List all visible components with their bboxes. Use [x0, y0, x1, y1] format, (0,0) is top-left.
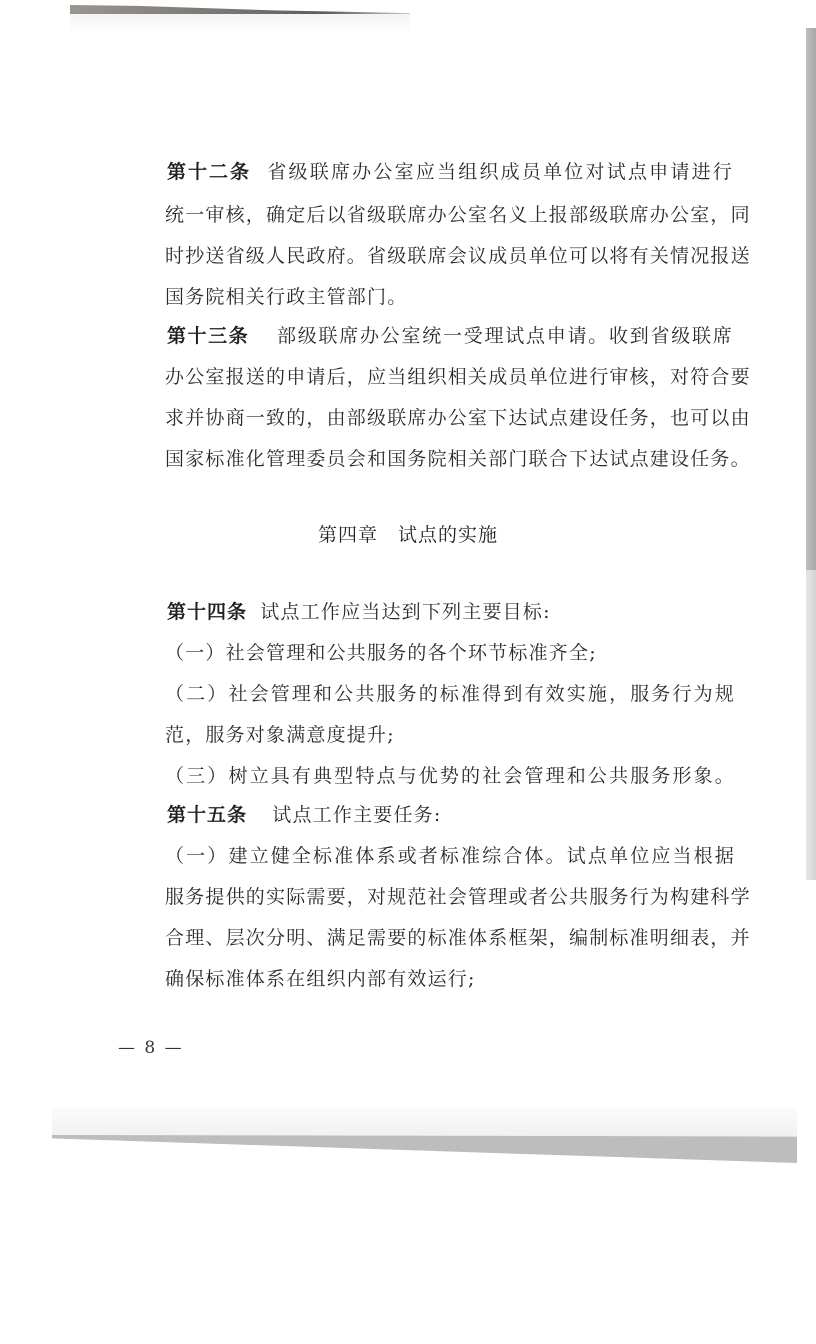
article-15-line-1: 第十五条 试点工作主要任务:	[167, 803, 733, 827]
article-12-line-1: 第十二条 省级联席办公室应当组织成员单位对试点申请进行	[167, 160, 733, 184]
document-page: 第十二条 省级联席办公室应当组织成员单位对试点申请进行 统一审核，确定后以省级联…	[0, 0, 816, 1344]
article-14-item-2: （二）社会管理和公共服务的标准得到有效实施，服务行为规	[165, 682, 735, 706]
article-15-intro: 试点工作主要任务:	[272, 804, 441, 826]
article-15-line-5: 确保标准体系在组织内部有效运行;	[165, 967, 735, 991]
article-14-label: 第十四条	[167, 601, 247, 623]
chapter-4-heading: 第四章 试点的实施	[0, 520, 816, 547]
article-12-text: 省级联席办公室应当组织成员单位对试点申请进行	[267, 161, 733, 183]
article-13-line-2: 办公室报送的申请后，应当组织相关成员单位进行审核，对符合要	[165, 365, 735, 389]
article-15-label: 第十五条	[167, 804, 247, 826]
article-13-line-4: 国家标准化管理委员会和国务院相关部门联合下达试点建设任务。	[165, 447, 735, 471]
article-14-item-1: （一）社会管理和公共服务的各个环节标准齐全;	[165, 641, 735, 665]
article-14-intro: 试点工作应当达到下列主要目标:	[260, 601, 550, 623]
article-15-line-4: 合理、层次分明、满足需要的标准体系框架，编制标准明细表，并	[165, 926, 735, 950]
article-14-line-1: 第十四条 试点工作应当达到下列主要目标:	[167, 600, 733, 624]
article-13-line-1: 第十三条 部级联席办公室统一受理试点申请。收到省级联席	[167, 324, 733, 348]
article-14-item-2-cont: 范，服务对象满意度提升;	[165, 723, 735, 747]
page-number: — 8 —	[118, 1038, 184, 1058]
article-12-line-4: 国务院相关行政主管部门。	[165, 285, 735, 309]
article-15-line-2: （一）建立健全标准体系或者标准综合体。试点单位应当根据	[165, 844, 735, 868]
article-13-text: 部级联席办公室统一受理试点申请。收到省级联席	[277, 325, 733, 347]
article-13-label: 第十三条	[167, 325, 249, 347]
article-15-line-3: 服务提供的实际需要，对规范社会管理或者公共服务行为构建科学	[165, 885, 735, 909]
article-12-label: 第十二条	[167, 161, 251, 183]
article-14-item-3: （三）树立具有典型特点与优势的社会管理和公共服务形象。	[165, 764, 735, 788]
article-12-line-3: 时抄送省级人民政府。省级联席会议成员单位可以将有关情况报送	[165, 244, 735, 268]
article-12-line-2: 统一审核，确定后以省级联席办公室名义上报部级联席办公室，同	[165, 203, 735, 227]
article-13-line-3: 求并协商一致的，由部级联席办公室下达试点建设任务，也可以由	[165, 406, 735, 430]
